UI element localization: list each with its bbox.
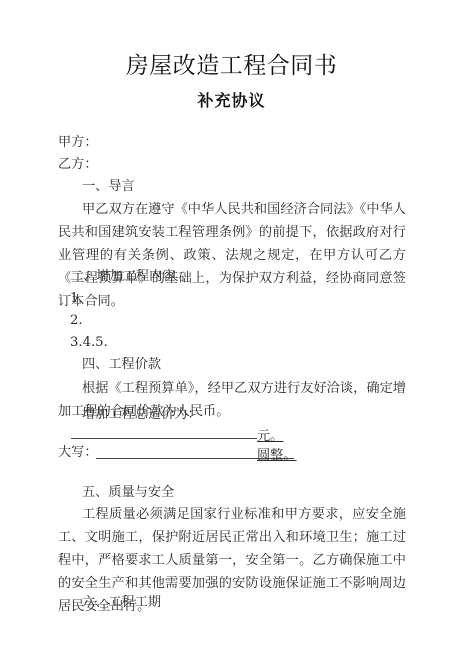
section-quality-heading: 五、质量与安全 bbox=[82, 483, 174, 503]
amount-unit: 元。 bbox=[257, 425, 283, 444]
additional-item-1: 1. bbox=[70, 289, 83, 309]
section-intro-heading: 一、导言 bbox=[82, 177, 135, 197]
amount-blank-line bbox=[71, 438, 257, 439]
section-price-heading: 四、工程价款 bbox=[82, 355, 161, 375]
section-additional-heading: 二、增加工程内容 bbox=[70, 267, 176, 287]
party-b-label: 乙方： bbox=[58, 155, 98, 175]
total-price-label: 增加工程总造价为： bbox=[82, 405, 201, 425]
additional-item-2: 2. bbox=[70, 311, 83, 331]
uppercase-label: 大写： bbox=[58, 443, 98, 463]
document-subtitle: 补充协议 bbox=[0, 88, 463, 111]
party-a-label: 甲方： bbox=[58, 133, 98, 153]
document-page: 房屋改造工程合同书 补充协议 甲方： 乙方： 一、导言 甲乙双方在遵守《中华人民… bbox=[0, 0, 463, 655]
section-schedule-heading: 六、工程工期 bbox=[82, 593, 161, 613]
additional-item-3: 3.4.5. bbox=[70, 333, 108, 353]
uppercase-unit: 圆整。 bbox=[257, 444, 297, 463]
section-intro-body: 甲乙双方在遵守《中华人民共和国经济合同法》《中华人民共和国建筑安装工程管理条例》… bbox=[58, 198, 406, 313]
document-title: 房屋改造工程合同书 bbox=[0, 47, 463, 80]
